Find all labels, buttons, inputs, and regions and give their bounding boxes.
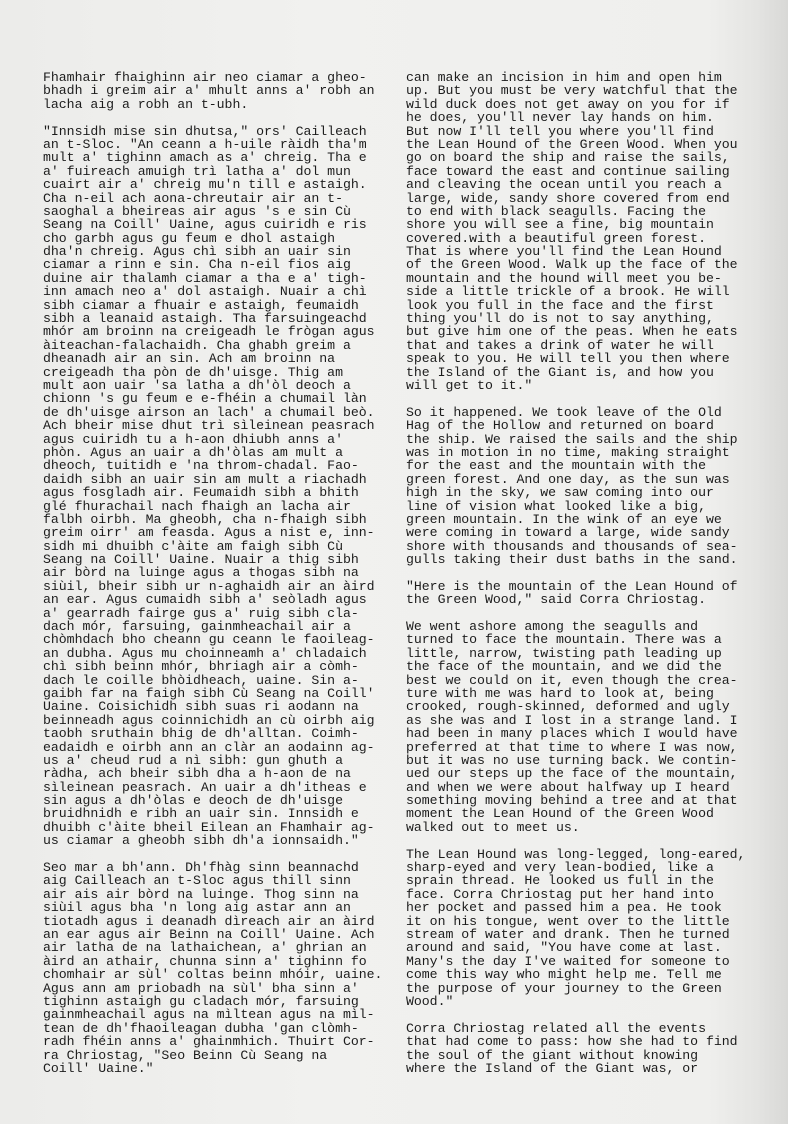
- text-line: Uaine. Coisichidh sibh suas ri aodann na: [43, 700, 382, 713]
- text-line: bhadh i greim air a' mhult anns a' robh …: [43, 84, 382, 97]
- text-line: a' gearradh fairge gus a' ruig sibh cla-: [43, 607, 382, 620]
- text-line: and when we were about halfway up I hear…: [406, 781, 745, 794]
- text-line: greim oirr' am feasda. Agus a nist e, in…: [43, 526, 382, 539]
- text-line: moment the Lean Hound of the Green Wood: [406, 807, 745, 820]
- text-line: tiotadh agus i deanadh dìreach air an ài…: [43, 915, 382, 928]
- text-line: wild duck does not get away on you for i…: [406, 98, 745, 111]
- text-line: of the Green Wood. Walk up the face of t…: [406, 258, 745, 271]
- text-line: green forest. And one day, as the sun wa…: [406, 473, 745, 486]
- text-line: siùil, bheir sibh ur n-aghaidh air an ài…: [43, 580, 382, 593]
- text-line: dheanadh air an sin. Ach am broinn na: [43, 352, 382, 365]
- text-line: We went ashore among the seagulls and: [406, 620, 745, 633]
- scanned-page: Fhamhair fhaighinn air neo ciamar a gheo…: [0, 0, 788, 1124]
- text-line: us a' cheud rud a nì sibh: gun ghuth a: [43, 754, 382, 767]
- text-line: he does, you'll never lay hands on him.: [406, 111, 745, 124]
- text-line: sharp-eyed and very lean-bodied, like a: [406, 861, 745, 874]
- text-line: Fhamhair fhaighinn air neo ciamar a gheo…: [43, 71, 382, 84]
- text-line: that and takes a drink of water he will: [406, 339, 745, 352]
- text-line: gainmheachail agus na mìltean agus na mì…: [43, 1008, 382, 1021]
- text-line: cho garbh agus gu feum e dhol astaigh: [43, 232, 382, 245]
- text-line: sibh a leanaid astaigh. Tha farsuingeach…: [43, 312, 382, 325]
- text-line: line of vision what looked like a big,: [406, 500, 745, 513]
- text-line: and cleaving the ocean until you reach a: [406, 178, 745, 191]
- text-line: high in the sky, we saw coming into our: [406, 486, 745, 499]
- text-line: where the Island of the Giant was, or: [406, 1062, 745, 1075]
- text-line: will get to it.": [406, 379, 745, 392]
- text-line: sìleinean peasrach. An uair a dh'itheas …: [43, 781, 382, 794]
- text-line: for the east and the mountain with the: [406, 459, 745, 472]
- text-line: shore you will see a fine, big mountain: [406, 218, 745, 231]
- text-line: So it happened. We took leave of the Old: [406, 406, 745, 419]
- text-line: "Innsidh mise sin dhutsa," ors' Cailleac…: [43, 125, 382, 138]
- text-line: had been in many places which I would ha…: [406, 727, 745, 740]
- text-line: dheoch, tuitidh e 'na throm-chadal. Fao-: [43, 459, 382, 472]
- text-line: glé fhurachail nach fhaigh an lacha air: [43, 500, 382, 513]
- text-line: covered.with a beautiful green forest.: [406, 232, 745, 245]
- paragraph: Fhamhair fhaighinn air neo ciamar a gheo…: [43, 71, 382, 111]
- text-line: her pocket and passed him a pea. He took: [406, 901, 745, 914]
- text-line: it on his tongue, went over to the littl…: [406, 915, 745, 928]
- text-line: dha'n chreig. Agus chì sibh an uair sin: [43, 245, 382, 258]
- text-line: stream of water and drank. Then he turne…: [406, 928, 745, 941]
- text-line: face. Corra Chriostag put her hand into: [406, 888, 745, 901]
- text-line: Corra Chriostag related all the events: [406, 1022, 745, 1035]
- text-line: the Island of the Giant is, and how you: [406, 366, 745, 379]
- text-line: preferred at that time to where I was no…: [406, 741, 745, 754]
- text-line: an t-Sloc. "An ceann a h-uile ràidh tha'…: [43, 138, 382, 151]
- text-line: us ciamar a gheobh sibh dh'a ionnsaidh.": [43, 834, 382, 847]
- text-line: Seang na Coill' Uaine, agus cuiridh e ri…: [43, 218, 382, 231]
- text-line: turned to face the mountain. There was a: [406, 633, 745, 646]
- text-line: àiteachan-falachaidh. Cha ghabh greim a: [43, 339, 382, 352]
- text-line: a' fuireach amuigh trì latha a' dol mun: [43, 165, 382, 178]
- text-line: as she was and I lost in a strange land.…: [406, 714, 745, 727]
- paragraph: "Here is the mountain of the Lean Hound …: [406, 580, 745, 607]
- text-line: tighinn astaigh gu cladach mór, farsuing: [43, 995, 382, 1008]
- text-line: little, narrow, twisting path leading up: [406, 647, 745, 660]
- left-column-gaelic: Fhamhair fhaighinn air neo ciamar a gheo…: [43, 71, 382, 1089]
- text-line: shore with thousands and thousands of se…: [406, 540, 745, 553]
- text-line: dhuibh c'àite bheil Eilean an Fhamhair a…: [43, 821, 382, 834]
- text-line: face toward the east and continue sailin…: [406, 165, 745, 178]
- text-line: ture with me was hard to look at, being: [406, 687, 745, 700]
- text-line: lacha aig a robh an t-ubh.: [43, 98, 382, 111]
- text-line: mountain and the hound will meet you be-: [406, 272, 745, 285]
- text-line: the face of the mountain, and we did the: [406, 660, 745, 673]
- text-line: sibh ciamar a fhuair e astaigh, feumaidh: [43, 299, 382, 312]
- text-line: mult a' tighinn amach as a' chreig. Tha …: [43, 151, 382, 164]
- text-line: siùil agus bha 'n long aig astar ann an: [43, 901, 382, 914]
- text-line: to end with black seagulls. Facing the: [406, 205, 745, 218]
- text-line: the purpose of your journey to the Green: [406, 982, 745, 995]
- text-line: the Lean Hound of the Green Wood. When y…: [406, 138, 745, 151]
- text-line: go on board the ship and raise the sails…: [406, 151, 745, 164]
- text-line: was in motion in no time, making straigh…: [406, 446, 745, 459]
- text-line: "Here is the mountain of the Lean Hound …: [406, 580, 745, 593]
- text-line: come this way who might help me. Tell me: [406, 968, 745, 981]
- text-line: Ach bheir mise dhut trì sìleinean peasra…: [43, 419, 382, 432]
- text-line: The Lean Hound was long-legged, long-ear…: [406, 848, 745, 861]
- text-line: inn amach neo a' dol astaigh. Nuair a ch…: [43, 285, 382, 298]
- text-line: an ear agus air Beinn na Coill' Uaine. A…: [43, 928, 382, 941]
- text-line: phòn. Agus an uair a dh'òlas am mult a: [43, 446, 382, 459]
- text-line: thing you'll do is not to say anything,: [406, 312, 745, 325]
- text-line: aig Cailleach an t-Sloc agus thill sinn: [43, 874, 382, 887]
- text-line: the soul of the giant without knowing: [406, 1049, 745, 1062]
- text-line: an ear. Agus cumaidh sibh a' seòladh agu…: [43, 593, 382, 606]
- text-line: ràdha, ach bheir sibh dha a h-aon de na: [43, 767, 382, 780]
- text-line: Wood.": [406, 995, 745, 1008]
- paragraph: "Innsidh mise sin dhutsa," ors' Cailleac…: [43, 125, 382, 848]
- text-line: walked out to meet us.: [406, 821, 745, 834]
- text-line: mult aon uair 'sa latha a dh'òl deoch a: [43, 379, 382, 392]
- text-line: gulls taking their dust baths in the san…: [406, 553, 745, 566]
- text-line: something moving behind a tree and at th…: [406, 794, 745, 807]
- text-line: the Green Wood," said Corra Chriostag.: [406, 593, 745, 606]
- text-line: That is where you'll find the Lean Hound: [406, 245, 745, 258]
- text-line: creigeadh tha pòn de dh'uisge. Thig am: [43, 366, 382, 379]
- text-line: beinneadh agus coinnichidh an cù oirbh a…: [43, 714, 382, 727]
- text-line: speak to you. He will tell you then wher…: [406, 352, 745, 365]
- text-line: àird an athair, chunna sinn a' tighinn f…: [43, 955, 382, 968]
- text-line: but it was no use turning back. We conti…: [406, 754, 745, 767]
- text-line: Cha n-eil ach aona-chreutair air an t-: [43, 192, 382, 205]
- text-line: chòmhdach bho cheann gu ceann le faoilea…: [43, 633, 382, 646]
- text-line: sprain thread. He looked us full in the: [406, 874, 745, 887]
- text-line: Hag of the Hollow and returned on board: [406, 419, 745, 432]
- paragraph: We went ashore among the seagulls andtur…: [406, 620, 745, 834]
- text-line: were coming in toward a large, wide sand…: [406, 526, 745, 539]
- text-line: chomhair ar sùl' coltas beinn mhóir, uai…: [43, 968, 382, 981]
- text-line: dach le coille bhòidheach, uaine. Sin a-: [43, 674, 382, 687]
- text-line: green mountain. In the wink of an eye we: [406, 513, 745, 526]
- right-column-english: can make an incision in him and open him…: [406, 71, 745, 1089]
- text-line: agus fosgladh air. Feumaidh sibh a bhith: [43, 486, 382, 499]
- text-line: duine air thalamh ciamar a tha e a' tigh…: [43, 272, 382, 285]
- text-line: but give him one of the peas. When he ea…: [406, 325, 745, 338]
- text-line: air ais air bòrd na luinge. Thog sinn na: [43, 888, 382, 901]
- paragraph: Seo mar a bh'ann. Dh'fhàg sinn beannachd…: [43, 861, 382, 1075]
- text-line: daidh sibh an uair sin am mult a riachad…: [43, 473, 382, 486]
- text-line: radh fhéin anns a' ghainmhich. Thuirt Co…: [43, 1035, 382, 1048]
- text-line: air latha de na lathaichean, a' ghrian a…: [43, 941, 382, 954]
- paragraph: The Lean Hound was long-legged, long-ear…: [406, 848, 745, 1009]
- text-line: Seang na Coill' Uaine. Nuair a thig sibh: [43, 553, 382, 566]
- text-line: Coill' Uaine.": [43, 1062, 382, 1075]
- paragraph: So it happened. We took leave of the Old…: [406, 406, 745, 567]
- text-line: chionn 's gu feum e e-fhéin a chumail là…: [43, 392, 382, 405]
- text-line: an dubha. Agus mu choinneamh a' chladaic…: [43, 647, 382, 660]
- text-line: dach mór, farsuing, gainmheachail air a: [43, 620, 382, 633]
- text-line: Seo mar a bh'ann. Dh'fhàg sinn beannachd: [43, 861, 382, 874]
- text-line: up. But you must be very watchful that t…: [406, 84, 745, 97]
- text-line: chì sibh beinn mhór, bhriagh air a còmh-: [43, 660, 382, 673]
- text-line: cuairt air a' chreig mu'n till e astaigh…: [43, 178, 382, 191]
- text-line: mhór am broinn na creigeadh le frògan ag…: [43, 325, 382, 338]
- text-line: that had come to pass: how she had to fi…: [406, 1035, 745, 1048]
- text-line: tean de dh'fhaoileagan dubha 'gan clòmh-: [43, 1022, 382, 1035]
- text-line: air bòrd na luinge agus a thogas sibh na: [43, 566, 382, 579]
- text-line: Many's the day I've waited for someone t…: [406, 955, 745, 968]
- text-line: large, wide, sandy shore covered from en…: [406, 192, 745, 205]
- text-line: look you full in the face and the first: [406, 299, 745, 312]
- text-line: Agus ann am priobadh na sùl' bha sinn a': [43, 982, 382, 995]
- text-line: ra Chriostag, "Seo Beinn Cù Seang na: [43, 1049, 382, 1062]
- text-line: But now I'll tell you where you'll find: [406, 125, 745, 138]
- text-line: can make an incision in him and open him: [406, 71, 745, 84]
- text-line: around and said, "You have come at last.: [406, 941, 745, 954]
- text-line: taobh sruthain bhig de dh'alltan. Coimh-: [43, 727, 382, 740]
- text-line: eadaidh e oirbh ann an clàr an aodainn a…: [43, 741, 382, 754]
- text-line: bruidhnidh e ribh an uair sin. Innsidh e: [43, 807, 382, 820]
- paragraph: Corra Chriostag related all the eventsth…: [406, 1022, 745, 1076]
- text-line: the ship. We raised the sails and the sh…: [406, 433, 745, 446]
- text-line: sin agus a dh'òlas e deoch de dh'uisge: [43, 794, 382, 807]
- text-line: falbh oirbh. Ma gheobh, cha n-fhaigh sib…: [43, 513, 382, 526]
- text-line: saoghal a bheireas air agus 's e sin Cù: [43, 205, 382, 218]
- paragraph: can make an incision in him and open him…: [406, 71, 745, 392]
- text-line: side a little trickle of a brook. He wil…: [406, 285, 745, 298]
- text-line: best we could on it, even though the cre…: [406, 674, 745, 687]
- text-line: de dh'uisge airson an lach' a chumail be…: [43, 406, 382, 419]
- text-line: crooked, rough-skinned, deformed and ugl…: [406, 700, 745, 713]
- text-line: sidh mi dhuibh c'àite am faigh sibh Cù: [43, 540, 382, 553]
- text-line: gaibh far na faigh sibh Cù Seang na Coil…: [43, 687, 382, 700]
- text-line: agus cuiridh tu a h-aon dhiubh anns a': [43, 433, 382, 446]
- text-line: ued our steps up the face of the mountai…: [406, 767, 745, 780]
- text-line: ciamar a rinn e sin. Cha n-eil fios aig: [43, 258, 382, 271]
